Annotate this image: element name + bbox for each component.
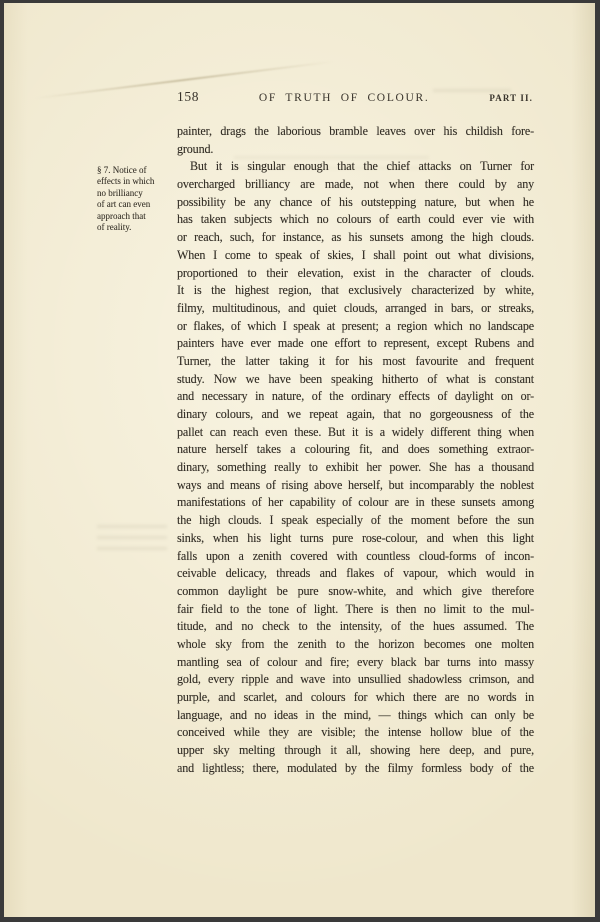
body-text: painter, drags the laborious bramble lea… (177, 123, 534, 777)
text-line: pallet can reach even these. But it is a… (177, 424, 534, 442)
text-line: titude, and no check to the intensity, o… (177, 618, 534, 636)
text-line: painter, drags the laborious bramble lea… (177, 123, 534, 141)
margin-note: § 7. Notice ofeffects in whichno brillia… (97, 165, 183, 233)
text-line: gold, every ripple and wave into unsulli… (177, 671, 534, 689)
text-line: or flakes, of which I speak at present; … (177, 318, 534, 336)
text-line: purple, and scarlet, and colours for whi… (177, 689, 534, 707)
text-line: whole sky from the zenith to the horizon… (177, 636, 534, 654)
text-line: manifestations of her capability of colo… (177, 494, 534, 512)
text-line: painters have ever made one effort to re… (177, 335, 534, 353)
text-line: overcharged brilliancy are made, not whe… (177, 176, 534, 194)
page-number: 158 (177, 89, 199, 105)
text-line: study. Now we have been speaking hithert… (177, 371, 534, 389)
margin-note-line: of reality. (97, 222, 183, 233)
text-line: and necessary in nature, of the ordinary… (177, 388, 534, 406)
text-line: sinks, when his light turns pure rose-co… (177, 530, 534, 548)
part-label: PART II. (489, 93, 533, 103)
text-line: But it is singular enough that the chief… (177, 158, 534, 176)
text-line: mantling sea of colour and fire; every b… (177, 654, 534, 672)
showthrough-ghost-margin-note (97, 525, 167, 557)
text-line: dinary colours, and we repeat again, tha… (177, 406, 534, 424)
margin-note-line: of art can even (97, 199, 183, 210)
text-line: and lightless; there, modulated by the f… (177, 760, 534, 778)
text-line: dinary, something really to exhibit her … (177, 459, 534, 477)
text-line: the high clouds. I speak especially of t… (177, 512, 534, 530)
scanned-page: 158 OF TRUTH OF COLOUR. PART II. § 7. No… (0, 0, 600, 922)
text-line: has taken subjects which no colours of e… (177, 211, 534, 229)
text-line: Turner, the latter taking it for his mos… (177, 353, 534, 371)
text-line: falls upon a zenith covered with countle… (177, 548, 534, 566)
text-line: ceivable delicacy, threads and flakes of… (177, 565, 534, 583)
margin-note-line: approach that (97, 211, 183, 222)
text-line: language, and no ideas in the mind, — th… (177, 707, 534, 725)
text-line: or reach, such, for instance, as his sun… (177, 229, 534, 247)
text-line: ways and means of rising above herself, … (177, 477, 534, 495)
margin-note-line: no brilliancy (97, 188, 183, 199)
text-line: When I come to speak of skies, I shall p… (177, 247, 534, 265)
text-line: upper sky melting through it all, showin… (177, 742, 534, 760)
text-line: filmy, multitudinous, and quiet clouds, … (177, 300, 534, 318)
running-title: OF TRUTH OF COLOUR. (259, 92, 430, 104)
margin-note-line: effects in which (97, 176, 183, 187)
page-header: 158 OF TRUTH OF COLOUR. PART II. (177, 89, 533, 105)
text-line: It is the highest region, that exclusive… (177, 282, 534, 300)
text-line: conceived while they are visible; the in… (177, 724, 534, 742)
book-page: 158 OF TRUTH OF COLOUR. PART II. § 7. No… (4, 3, 595, 917)
text-line: fair field to the tone of light. There i… (177, 601, 534, 619)
text-line: nature herself takes a colouring fit, an… (177, 441, 534, 459)
margin-note-line: § 7. Notice of (97, 165, 183, 176)
text-line: common daylight be pure snow-white, and … (177, 583, 534, 601)
text-line: proportioned to their elevation, exist i… (177, 265, 534, 283)
text-line: possibility be any chance of his outstep… (177, 194, 534, 212)
text-line: ground. (177, 141, 534, 159)
